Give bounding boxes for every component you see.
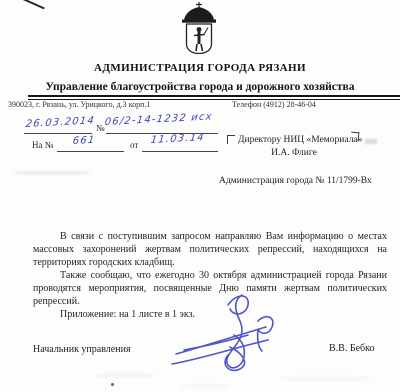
org-address: 390023, г. Рязань, ул. Урицкого, д.3 кор… xyxy=(8,100,150,109)
scan-smudge xyxy=(95,373,155,378)
address-corner-bracket-close xyxy=(351,132,360,142)
handwritten-incoming-number: 661 xyxy=(72,135,96,147)
org-phone: Телефон (4912) 28-46-04 xyxy=(232,100,316,109)
ot-label: от xyxy=(130,140,138,150)
signer-name: В.В. Бебко xyxy=(329,343,374,354)
department-title: Управление благоустройства города и доро… xyxy=(0,81,400,93)
na-no-label: На № xyxy=(32,140,53,150)
addressee-line2: И.А. Флиге xyxy=(238,148,350,158)
registration-stamp-line: Администрация города № 11/1799-Вх xyxy=(219,176,372,186)
scan-smudge xyxy=(14,171,90,175)
addressee-line1: Директору НИЦ «Мемориала» xyxy=(238,135,362,145)
ryazan-coat-of-arms-icon xyxy=(177,1,221,54)
body-paragraph-1: В связи с поступившим запросом направляю… xyxy=(33,230,387,269)
faint-pencil-mark xyxy=(365,139,377,144)
signer-position: Начальник управления xyxy=(33,344,131,355)
address-corner-bracket-open xyxy=(227,135,235,144)
ink-dot xyxy=(111,383,114,386)
organization-title: АДМИНИСТРАЦИЯ ГОРОДА РЯЗАНИ xyxy=(0,62,400,74)
pen-scratch-mark xyxy=(20,0,45,9)
signature-ink xyxy=(170,291,295,373)
scanned-letter-page: АДМИНИСТРАЦИЯ ГОРОДА РЯЗАНИ Управление б… xyxy=(0,0,400,392)
scan-smudge xyxy=(180,384,230,388)
scan-smudge xyxy=(280,376,370,381)
